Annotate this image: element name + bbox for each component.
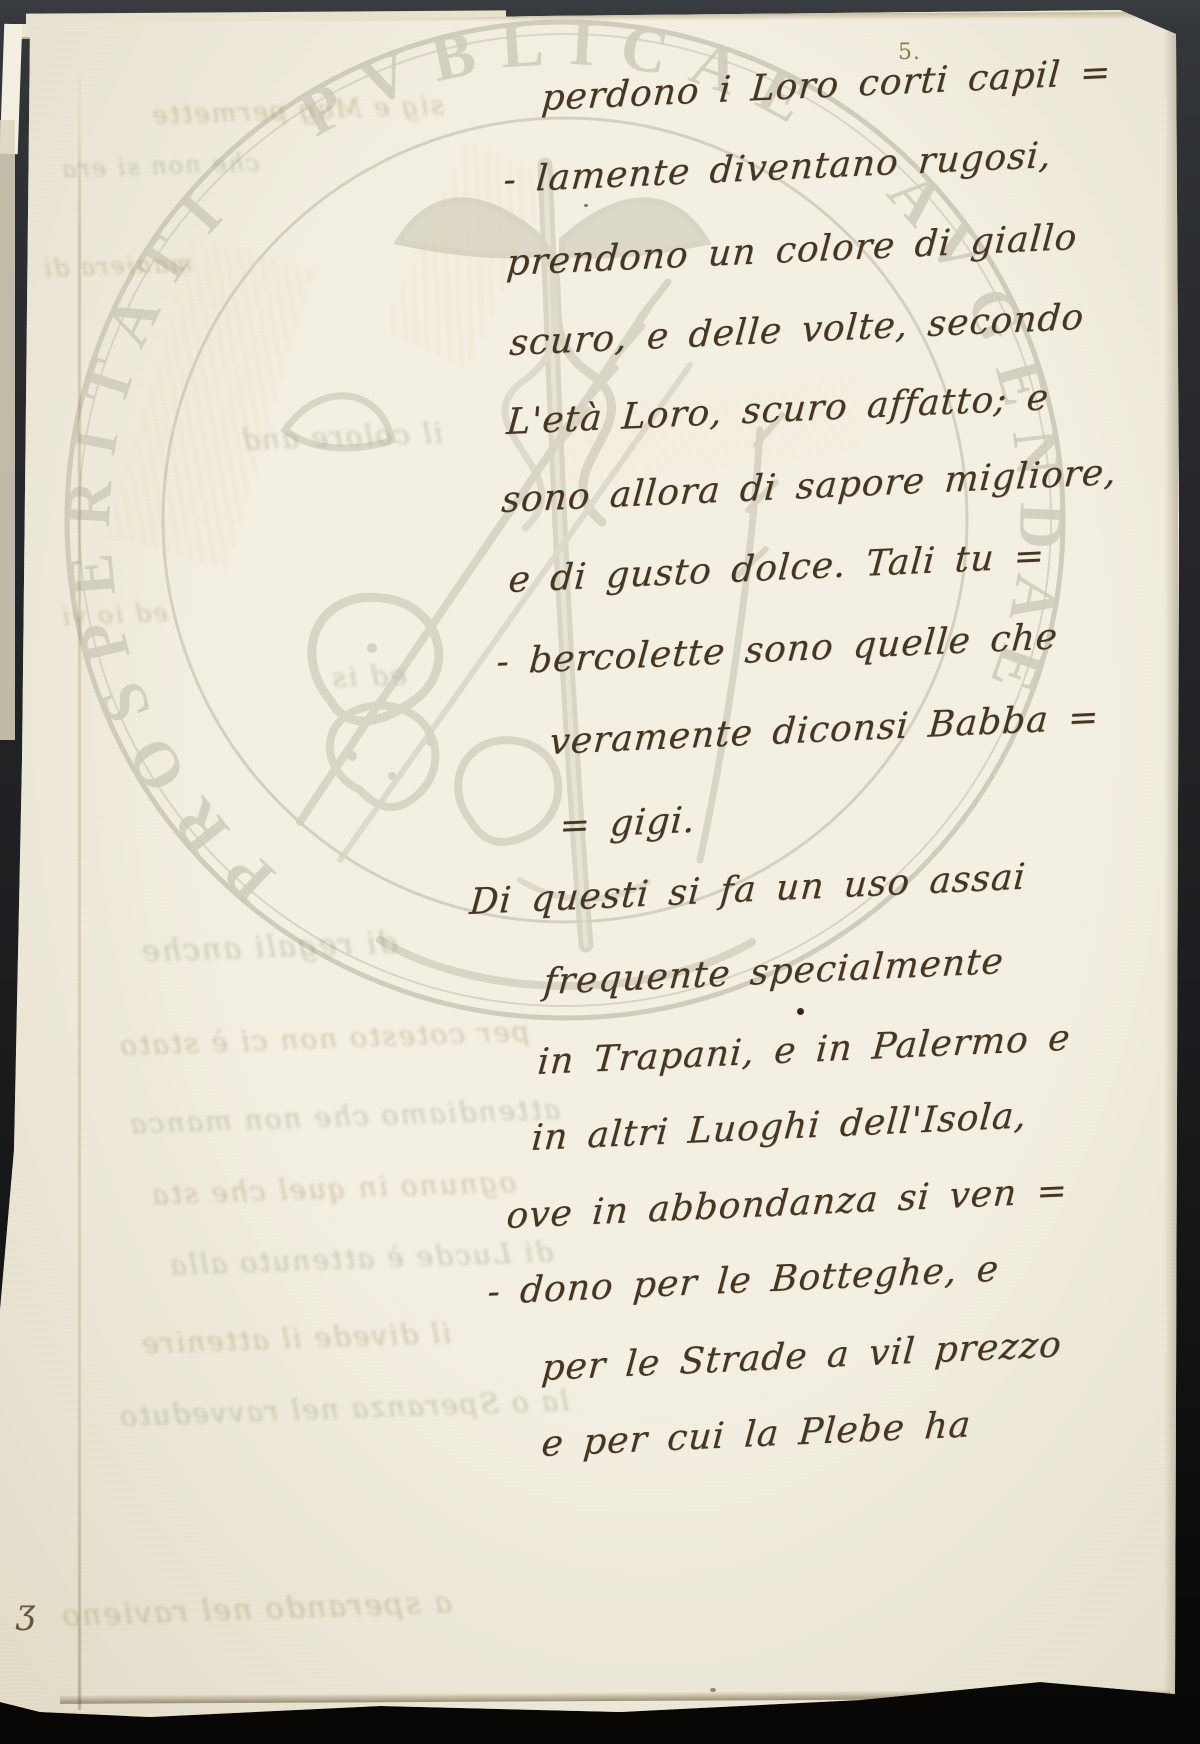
- manuscript-page: PROSPERITATI PVBLICAE AVGENDAE: [0, 0, 1182, 1720]
- bleedthrough-line: il colore and: [239, 416, 443, 456]
- ink-speck: [584, 204, 588, 207]
- page-crease: [78, 70, 81, 1710]
- under-sheet-edge: [0, 120, 15, 740]
- manuscript-line: = gigi.: [558, 800, 697, 847]
- bleedthrough-line: ed io vi: [60, 598, 169, 631]
- bleedthrough-line: maniera di: [42, 249, 194, 282]
- photographed-manuscript: PROSPERITATI PVBLICAE AVGENDAE: [0, 0, 1200, 1744]
- bleedthrough-line: ed is: [329, 659, 407, 695]
- ink-speck: [797, 1008, 804, 1015]
- margin-ink-mark: ʒ: [16, 1592, 35, 1632]
- ink-speck: [710, 1688, 716, 1692]
